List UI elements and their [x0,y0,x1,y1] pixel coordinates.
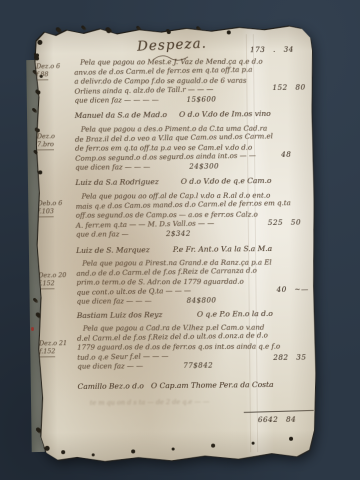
margin-folio: f.152 [38,280,54,289]
countersignature: O Cap.am Thome Per.a da Costa [151,380,274,390]
inline-amount: 24$300 [189,163,219,171]
signature-name: Luiz de S. Marquez [76,245,150,255]
photograph-scene: Despeza. 173 . 34 Dez.o 6 f.88 Pela que … [0,0,360,480]
carryover-figure: 173 . 34 [250,45,294,54]
closing-signature-line: Camillo Bez.o d.o O Cap.am Thome Per.a d… [77,380,273,391]
manuscript-line: que dicen faz — — — — [74,95,266,105]
inline-amount: 77$842 [183,362,213,370]
manuscript-line: que dicen faz — — — [77,296,269,306]
margin-note: Dez.o 20 f.152 [38,272,74,289]
margin-date: Dez.o 21 [39,340,75,348]
margin-date: Dez.o 20 [38,272,74,280]
ledger-entry: Pela que pagou ao Mest.e J. Vaz de Mend.… [74,57,266,106]
column-figure: 40 ~— [276,285,308,294]
margin-folio: f.88 [36,71,48,80]
manuscript-line: que dicen faz — — [77,361,269,371]
countersignature: O d.o V.do de Im.os vino [179,109,271,119]
signature-name: Camillo Bez.o d.o [77,381,143,391]
margin-folio: f.103 [38,208,54,217]
countersignature: O q.e P.o En.o la d.o [197,309,273,319]
ledger-entry: Pela que pagou a Cad.ra de V.lhez p.el C… [77,323,269,372]
signature-name: Manuel da S.a de Mad.o [75,110,167,120]
signature-name: Luiz da S.a Rodriguez [75,177,158,187]
countersignature: P.e Fr. Ant.o V.a la S.a M.a [173,244,272,254]
margin-note: Dez.o 21 f.152 [39,340,75,357]
signature-line: Luiz de S. Marquez P.e Fr. Ant.o V.a la … [76,244,272,255]
inline-amount: 2$342 [166,230,191,238]
ledger-entry: Pela que pagou a des.o Piment.o da C.ta … [75,124,267,173]
column-figure: 282 35 [273,353,306,362]
column-figure: 152 80 [272,83,305,92]
ledger-entry: Pela que pagou a Pirest.na Grand.e da Ra… [76,258,268,307]
signature-name: Bastiam Luiz dos Reyz [77,310,163,320]
margin-date: Dez.o [37,133,73,141]
countersignature: O d.o V.do de q.e Cam.o [181,176,272,186]
manuscript-page-wrap: Despeza. 173 . 34 Dez.o 6 f.88 Pela que … [34,25,317,464]
inline-amount: 84$800 [187,297,217,305]
torn-edge-specks-bottom [34,27,36,29]
signature-line: Luiz da S.a Rodriguez O d.o V.do de q.e … [75,176,271,187]
column-figure: 48 [281,150,291,159]
manuscript-page: Despeza. 173 . 34 Dez.o 6 f.88 Pela que … [34,25,317,464]
margin-folio: 7.bro [37,141,54,150]
bleed-through-text: te m qu on d s ta — de 2 de q.e — — [90,397,260,407]
margin-note: Dez.o 6 f.88 [36,63,72,80]
column-figure: 525 50 [268,218,301,227]
margin-folio: f.152 [39,348,55,357]
inline-amount: 15$600 [186,96,216,104]
margin-date: Dez.o 6 [36,63,72,71]
page-total: 6642 84 [258,415,296,424]
signature-line: Manuel da S.a de Mad.o O d.o V.do de Im.… [75,109,271,120]
manuscript-line: que dicen faz — — — [75,162,267,172]
margin-date: Deb.o 6 [38,200,74,208]
signature-line: Bastiam Luiz dos Reyz O q.e P.o En.o la … [77,309,273,320]
margin-note: Deb.o 6 f.103 [38,200,74,217]
red-wax-mark [31,327,34,331]
margin-note: Dez.o 7.bro [37,133,73,150]
